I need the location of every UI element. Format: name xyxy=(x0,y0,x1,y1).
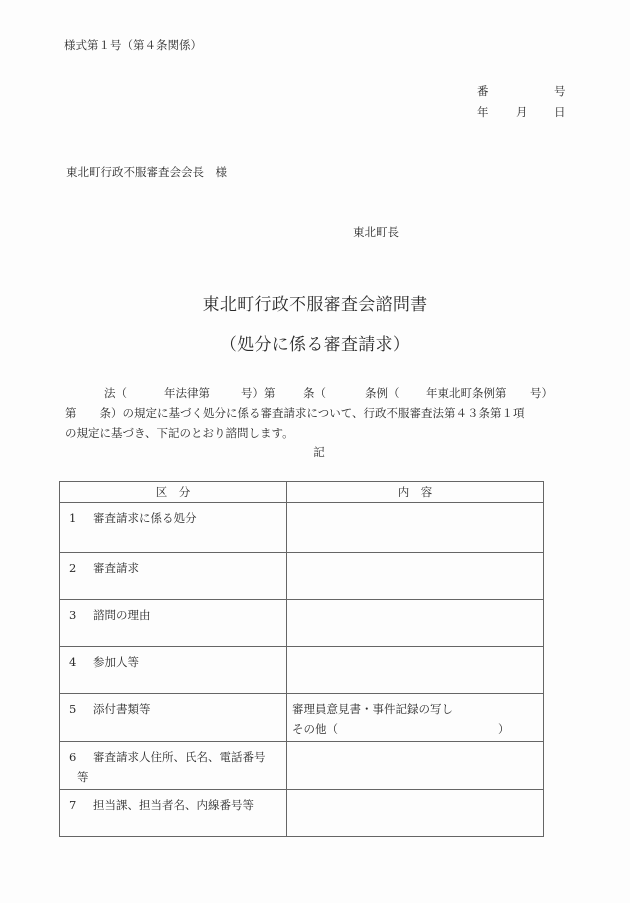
row-label-cell: 2審査請求 xyxy=(60,553,287,600)
date-day-label: 日 xyxy=(554,104,566,120)
row-content xyxy=(287,742,543,747)
row-label: 審査請求 xyxy=(93,561,139,575)
body-line3: の規定に基づき、下記のとおり諮問します。 xyxy=(65,425,294,441)
table-header-row: 区 分 内 容 xyxy=(60,482,544,503)
row-label-cell: 6審査請求人住所、氏名、電話番号 等 xyxy=(60,742,287,790)
document-subtitle: （処分に係る審査請求） xyxy=(0,330,630,355)
row-number: 6 xyxy=(69,747,93,767)
header-category: 区 分 xyxy=(60,482,287,503)
body-line1-part4: 条（ xyxy=(303,385,326,401)
row-content xyxy=(287,790,543,795)
header-content: 内 容 xyxy=(287,482,544,503)
ki-heading: 記 xyxy=(0,444,630,460)
row-content-cell[interactable] xyxy=(287,600,544,647)
row-content-cell[interactable] xyxy=(287,647,544,694)
row-content xyxy=(287,600,543,605)
row-label: 添付書類等 xyxy=(93,702,151,716)
inquiry-form-table: 区 分 内 容 1審査請求に係る処分 2審査請求 3諮問の理由 4参加人等 5添… xyxy=(59,481,544,837)
row-label-cell: 7担当課、担当者名、内線番号等 xyxy=(60,790,287,837)
row-label: 審査請求人住所、氏名、電話番号 xyxy=(93,750,266,764)
table-row: 4参加人等 xyxy=(60,647,544,694)
date-month-label: 月 xyxy=(516,104,528,120)
body-line1-part2: 年法律第 xyxy=(164,385,210,401)
row-label: 審査請求に係る処分 xyxy=(93,511,197,525)
body-line1-part3: 号）第 xyxy=(241,385,276,401)
body-line2: 第 条）の規定に基づく処分に係る審査請求について、行政不服審査法第４３条第１項 xyxy=(65,405,525,421)
body-line1-part6: 年東北町条例第 xyxy=(426,385,507,401)
number-label-go: 号 xyxy=(554,83,566,99)
row-content-cell[interactable] xyxy=(287,790,544,837)
row-label: 諮問の理由 xyxy=(93,608,151,622)
row-content-cell[interactable] xyxy=(287,553,544,600)
body-line1-part5: 条例（ xyxy=(365,385,400,401)
row-label-cell: 3諮問の理由 xyxy=(60,600,287,647)
row-label-cell: 5添付書類等 xyxy=(60,694,287,742)
row-content-cell[interactable] xyxy=(287,503,544,553)
form-number-label: 様式第１号（第４条関係） xyxy=(64,37,202,53)
number-label-ban: 番 xyxy=(477,83,489,99)
row-number: 5 xyxy=(69,699,93,719)
row-number: 1 xyxy=(69,508,93,528)
row-content xyxy=(287,553,543,558)
sender: 東北町長 xyxy=(353,224,399,240)
row-content xyxy=(287,647,543,652)
row-content-cell[interactable] xyxy=(287,742,544,790)
row-label-continuation: 等 xyxy=(69,767,286,787)
date-year-label: 年 xyxy=(477,104,489,120)
body-line1-part7: 号） xyxy=(530,385,553,401)
row-label: 担当課、担当者名、内線番号等 xyxy=(93,798,254,812)
row-label: 参加人等 xyxy=(93,655,139,669)
row-number: 2 xyxy=(69,558,93,578)
row-number: 3 xyxy=(69,605,93,625)
row-label-cell: 1審査請求に係る処分 xyxy=(60,503,287,553)
row-content-cell[interactable]: 審理員意見書・事件記録の写し その他（） xyxy=(287,694,544,742)
table-row: 1審査請求に係る処分 xyxy=(60,503,544,553)
row-number: 4 xyxy=(69,652,93,672)
table-row: 3諮問の理由 xyxy=(60,600,544,647)
row-label-cell: 4参加人等 xyxy=(60,647,287,694)
addressee: 東北町行政不服審査会会長 様 xyxy=(66,164,227,180)
row-number: 7 xyxy=(69,795,93,815)
attachment-line1: 審理員意見書・事件記録の写し xyxy=(292,699,543,719)
attachment-other-label: その他（ xyxy=(292,722,338,736)
table-row: 6審査請求人住所、氏名、電話番号 等 xyxy=(60,742,544,790)
table-row: 5添付書類等 審理員意見書・事件記録の写し その他（） xyxy=(60,694,544,742)
row-content xyxy=(287,503,543,508)
attachment-other-close: ） xyxy=(498,719,510,739)
table-row: 7担当課、担当者名、内線番号等 xyxy=(60,790,544,837)
document-title: 東北町行政不服審査会諮問書 xyxy=(0,290,630,315)
table-row: 2審査請求 xyxy=(60,553,544,600)
body-line1-part1: 法（ xyxy=(104,385,127,401)
